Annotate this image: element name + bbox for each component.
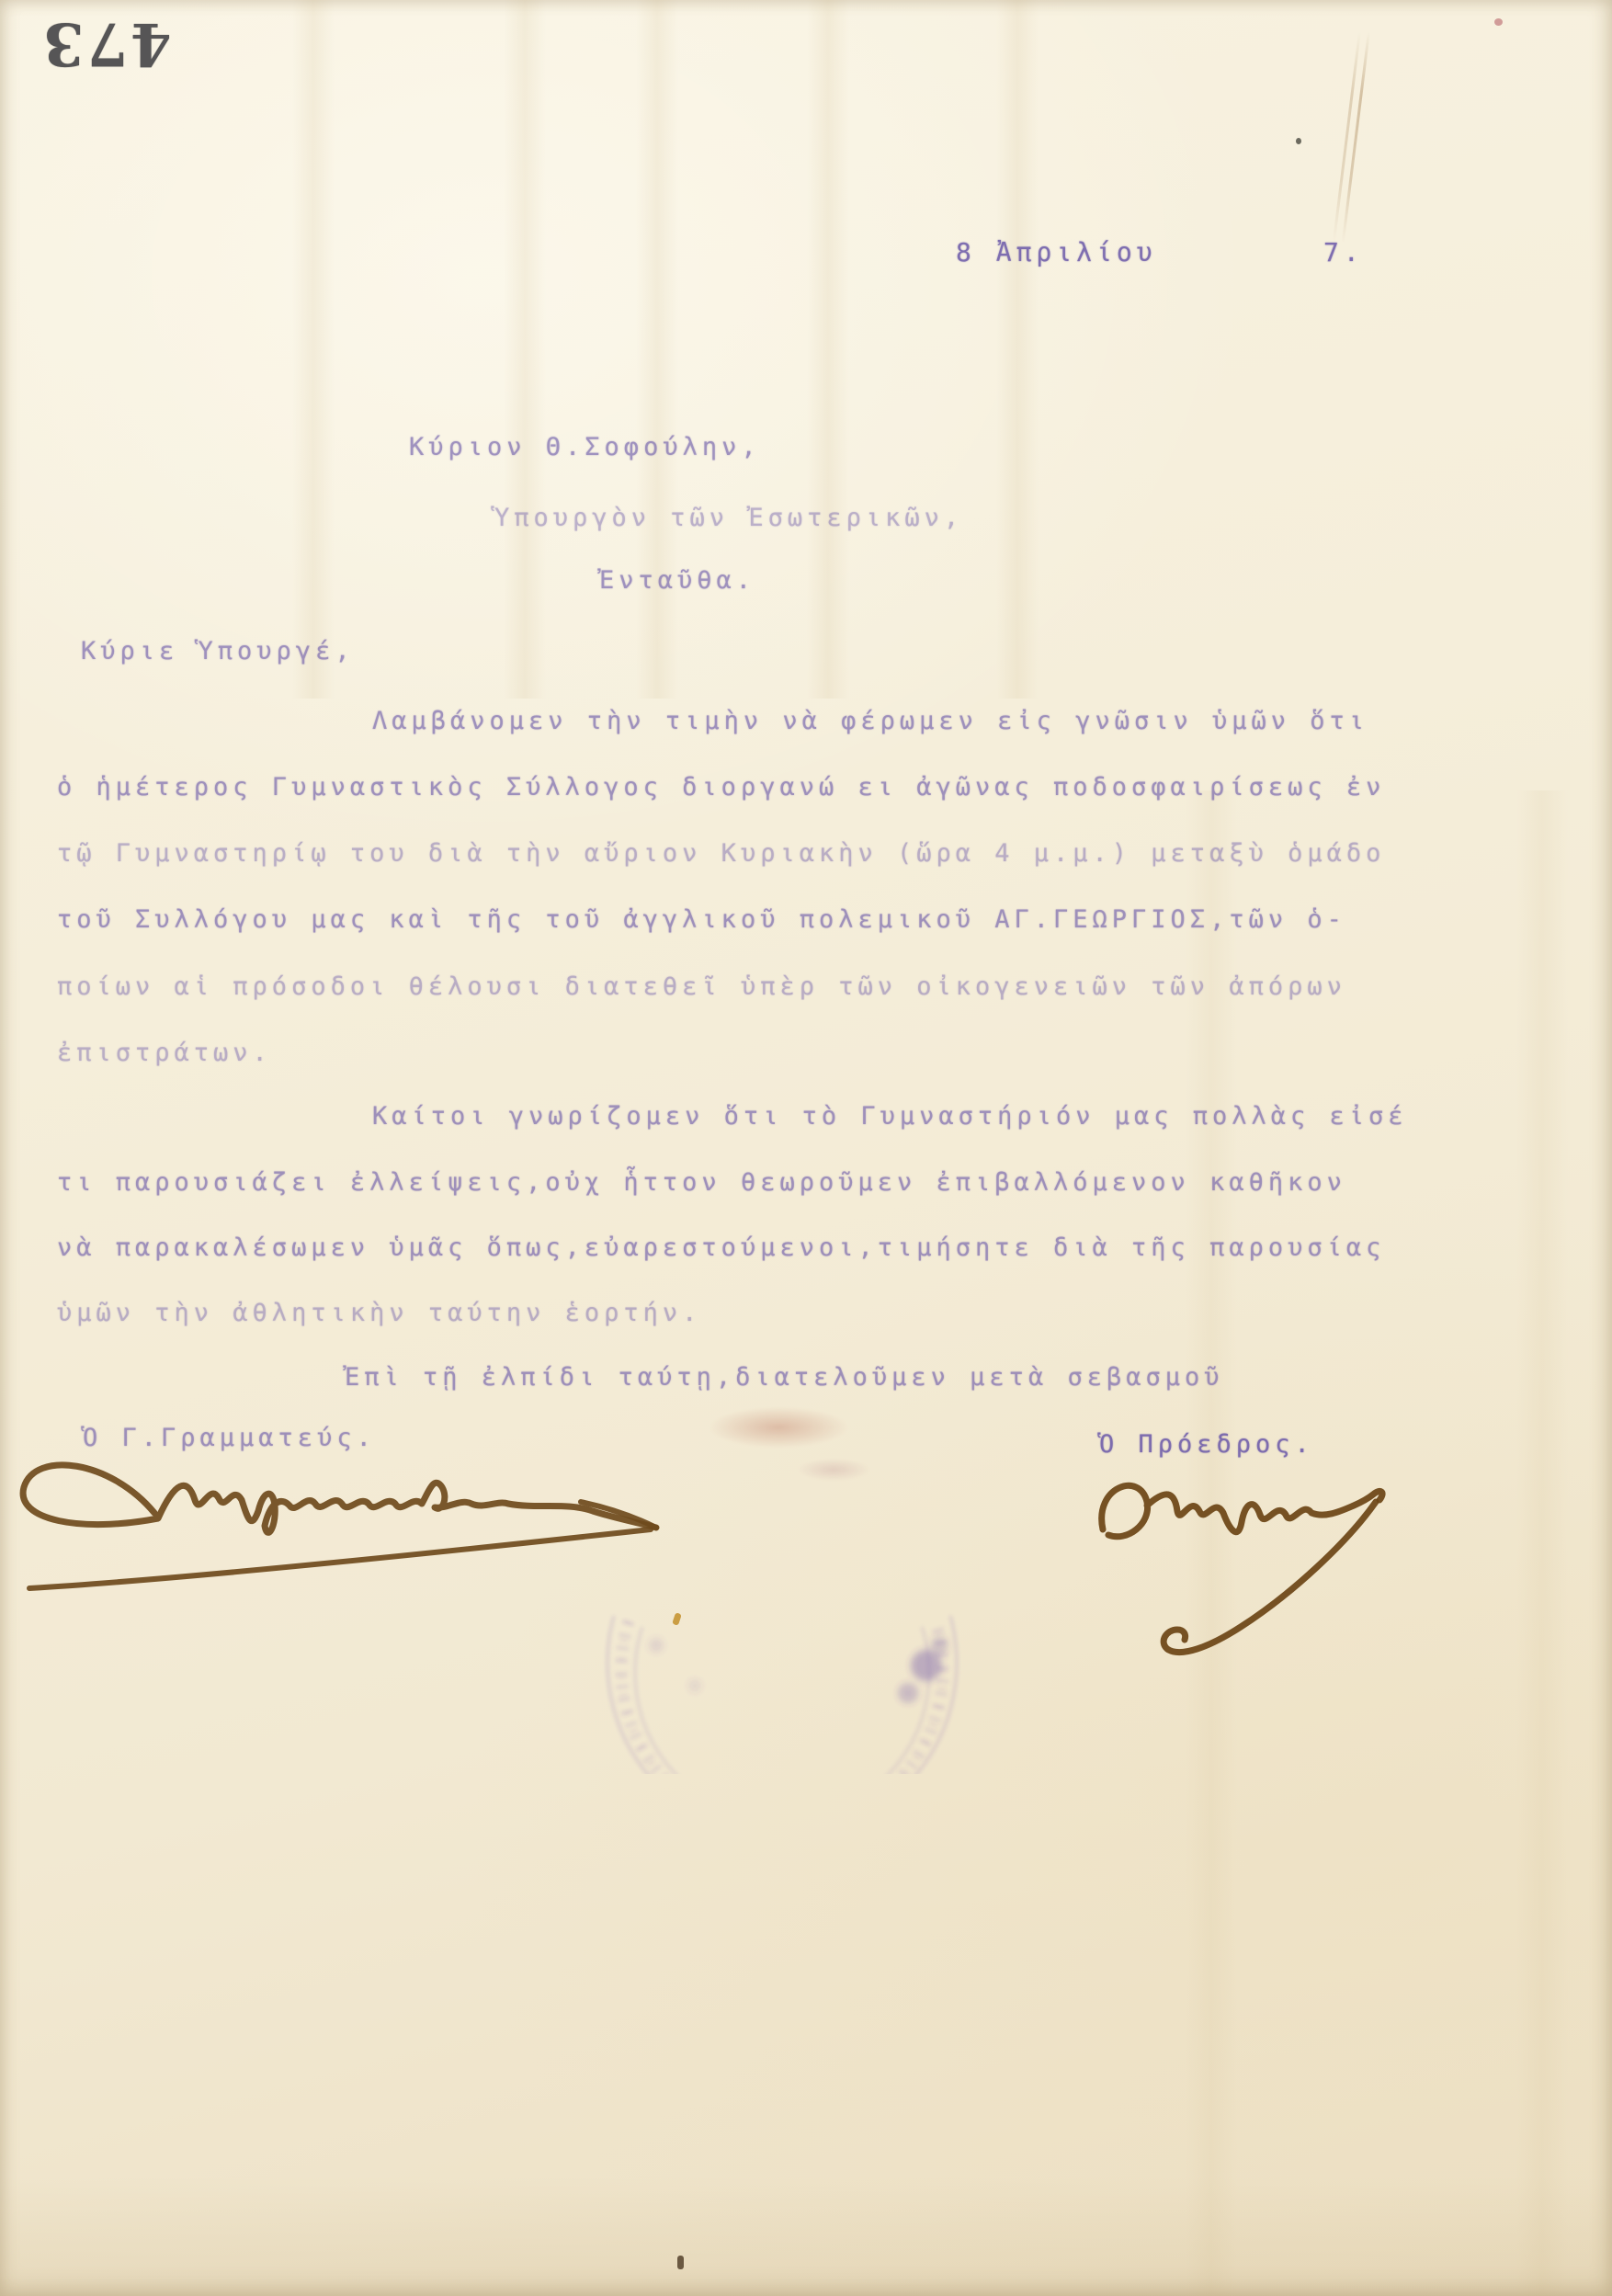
archive-number: 473 <box>40 9 172 78</box>
paper-crease <box>504 0 546 699</box>
body-line: τῷ Γυμναστηρίῳ του διὰ τὴν αὔριον Κυριακ… <box>57 838 1385 870</box>
recipient-title: Ὑπουργὸν τῶν Ἐσωτερικῶν, <box>494 503 963 534</box>
body-line: τοῦ Συλλόγου μας καὶ τῆς τοῦ ἀγγλικοῦ πο… <box>57 904 1346 936</box>
body-line: Καίτοι γνωρίζομεν ὅτι τὸ Γυμναστήριόν μα… <box>372 1101 1408 1132</box>
body-line: ὑμῶν τὴν ἀθλητικὴν ταύτην ἑορτήν. <box>57 1298 701 1329</box>
recipient-location: Ἐνταῦθα. <box>599 565 755 597</box>
closing-line: Ἐπὶ τῇ ἐλπίδι ταύτῃ,διατελοῦμεν μετὰ σεβ… <box>345 1362 1224 1393</box>
recipient-name: Κύριον Θ.Σοφούλην, <box>409 432 761 463</box>
letter-page: 473 8 Ἀπριλίου 7. Κύριον Θ.Σοφούλην, Ὑπο… <box>0 0 1612 2296</box>
ink-speck <box>677 2256 684 2269</box>
round-stamp <box>585 1557 989 1774</box>
date-day-month: 8 Ἀπριλίου <box>956 237 1157 268</box>
paper-crease <box>807 0 849 699</box>
body-line: ποίων αἱ πρόσοδοι θέλουσι διατεθεῖ ὑπὲρ … <box>57 972 1346 1003</box>
paper-speck <box>1494 18 1503 26</box>
body-line: νὰ παρακαλέσωμεν ὑμᾶς ὅπως,εὐαρεστούμενο… <box>57 1233 1385 1264</box>
paper-speck <box>1296 138 1301 144</box>
president-label: Ὁ Πρόεδρος. <box>1099 1429 1314 1461</box>
body-line: Λαμβάνομεν τὴν τιμὴν νὰ φέρωμεν εἰς γνῶσ… <box>372 706 1368 737</box>
body-line: ὁ ἡμέτερος Γυμναστικὸς Σύλλογος διοργανώ… <box>57 772 1385 803</box>
salutation: Κύριε Ὑπουργέ, <box>81 636 355 667</box>
ink-smudge <box>783 1454 884 1485</box>
body-line: τι παρουσιάζει ἐλλείψεις,οὐχ ἧττον θεωρο… <box>57 1167 1346 1199</box>
body-line: ἐπιστράτων. <box>57 1038 272 1069</box>
paper-crease <box>292 0 335 699</box>
paper-crease <box>1516 790 1568 2296</box>
date-year: 7. <box>1323 237 1364 268</box>
paper-crease <box>996 0 1039 699</box>
president-signature <box>1057 1463 1452 1711</box>
paper-edge-shading <box>0 2177 1612 2296</box>
